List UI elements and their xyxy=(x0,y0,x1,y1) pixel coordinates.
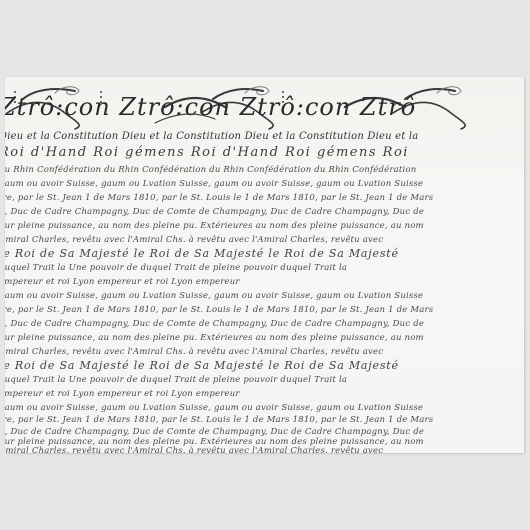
manuscript-line: g, Duc de Cadre Champagny, Duc de Comte … xyxy=(5,427,424,437)
manuscript-line: g, Duc de Cadre Champagny, Duc de Comte … xyxy=(5,319,424,329)
manuscript-line: Dieu et la Constitution Dieu et la Const… xyxy=(5,131,418,142)
manuscript-line: Amiral Charles, revêtu avec l'Amiral Chs… xyxy=(5,446,383,453)
manuscript-line: tre, par le St. Jean 1 de Mars 1810, par… xyxy=(5,415,433,425)
manuscript-line: dur pleine puissance, au nom des pleine … xyxy=(5,221,424,231)
manuscript-line: gaum ou avoir Suisse, gaum ou Lvation Su… xyxy=(5,403,423,413)
manuscript-line: tre, par le St. Jean 1 de Mars 1810, par… xyxy=(5,305,433,315)
manuscript-line: gaum ou avoir Suisse, gaum ou Lvation Su… xyxy=(5,179,423,189)
manuscript-card: Ztrô:con Ztrô:con Ztrô:con Ztrô Dieu et … xyxy=(5,77,524,453)
manuscript-line: Roi d'Hand Roi gémens Roi d'Hand Roi gém… xyxy=(5,145,409,160)
manuscript-line: le Roi de Sa Majesté le Roi de Sa Majest… xyxy=(5,247,399,260)
manuscript-line: duquel Trait la Une pouvoir de duquel Tr… xyxy=(5,263,347,273)
manuscript-line: du Rhin Confédération du Rhin Confédérat… xyxy=(5,165,416,175)
manuscript-line: g, Duc de Cadre Champagny, Duc de Comte … xyxy=(5,207,424,217)
manuscript-line: dur pleine puissance, au nom des pleine … xyxy=(5,333,424,343)
manuscript-line: le Roi de Sa Majesté le Roi de Sa Majest… xyxy=(5,359,399,372)
manuscript-line: Amiral Charles, revêtu avec l'Amiral Chs… xyxy=(5,347,383,357)
manuscript-line: gaum ou avoir Suisse, gaum ou Lvation Su… xyxy=(5,291,423,301)
manuscript-line: empereur et roi Lyon empereur et roi Lyo… xyxy=(5,389,240,399)
manuscript-line: tre, par le St. Jean 1 de Mars 1810, par… xyxy=(5,193,433,203)
manuscript-line: empereur et roi Lyon empereur et roi Lyo… xyxy=(5,277,240,287)
manuscript-title-line: Ztrô:con Ztrô:con Ztrô:con Ztrô xyxy=(5,93,416,121)
manuscript-line: duquel Trait la Une pouvoir de duquel Tr… xyxy=(5,375,347,385)
manuscript-line: Amiral Charles, revêtu avec l'Amiral Chs… xyxy=(5,235,383,245)
